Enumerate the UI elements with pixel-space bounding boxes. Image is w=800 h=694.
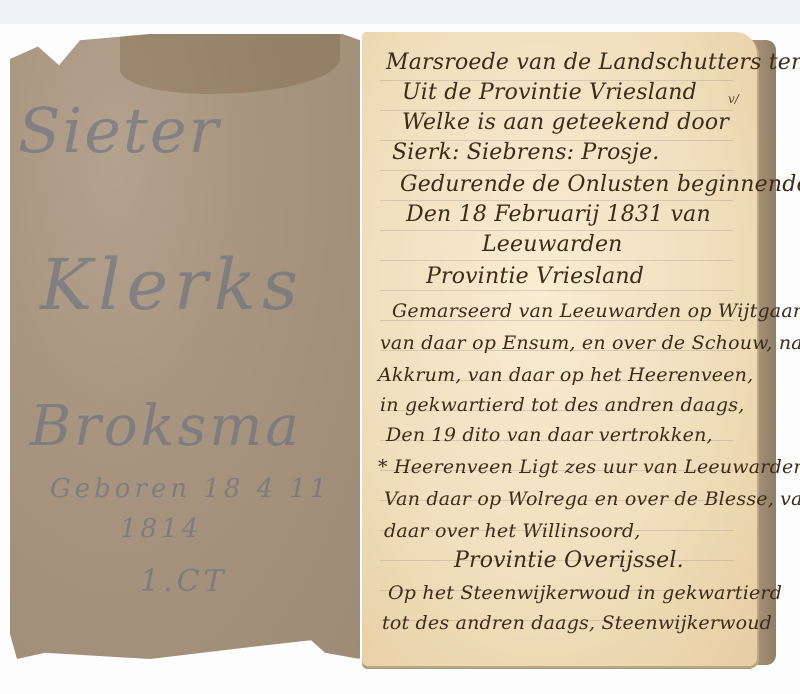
- manuscript-line: Provintie Vriesland: [426, 264, 644, 289]
- ruled-line: [380, 170, 733, 171]
- pencil-text-line: 1.CT: [140, 564, 228, 599]
- scan-top-band: [0, 0, 800, 24]
- manuscript-line: Uit de Provintie Vriesland: [402, 80, 697, 105]
- manuscript-line: daar over het Willinsoord,: [384, 520, 641, 542]
- manuscript-line: Den 18 Februarij 1831 van: [406, 202, 711, 227]
- manuscript-line: Provintie Overijssel.: [454, 548, 684, 573]
- manuscript-line: Den 19 dito van daar vertrokken,: [386, 424, 713, 446]
- pencil-text-line: Sieter: [18, 94, 220, 167]
- manuscript-line: Gedurende de Onlusten beginnende: [400, 172, 800, 197]
- manuscript-line: tot des andren daags, Steenwijkerwoud: [382, 612, 772, 634]
- left-page: Sieter Klerks Broksma Geboren 18 4 11 18…: [10, 34, 360, 659]
- water-stain: [120, 34, 340, 94]
- manuscript-line: Leeuwarden: [482, 232, 623, 257]
- ruled-line: [380, 230, 733, 231]
- ruled-line: [380, 200, 733, 201]
- manuscript-line: Marsroede van de Landschutters ten: [386, 50, 800, 75]
- manuscript-line: Van daar op Wolrega en over de Blesse, v…: [384, 488, 800, 510]
- manuscript-line: Op het Steenwijkerwoud in gekwartierd: [388, 582, 782, 604]
- manuscript-line: * Heerenveen Ligt zes uur van Leeuwarden: [378, 456, 800, 478]
- margin-mark: v/: [728, 92, 739, 106]
- manuscript-line: Akkrum, van daar op het Heerenveen,: [378, 364, 753, 386]
- pencil-text-line: Klerks: [40, 244, 304, 326]
- pencil-text-line: 1814: [120, 514, 202, 544]
- manuscript-line: Welke is aan geteekend door: [402, 110, 729, 135]
- right-page: Marsroede van de Landschutters ten Uit d…: [362, 32, 757, 666]
- ruled-line: [380, 260, 733, 261]
- manuscript-line: in gekwartierd tot des andren daags,: [380, 394, 744, 416]
- ruled-line: [380, 290, 733, 291]
- pencil-text-line: Geboren 18 4 11: [50, 474, 331, 504]
- manuscript-line: Sierk: Siebrens: Prosje.: [392, 140, 659, 165]
- pencil-text-line: Broksma: [30, 394, 302, 459]
- manuscript-line: Gemarseerd van Leeuwarden op Wijtgaard: [392, 300, 800, 322]
- manuscript-line: van daar op Ensum, en over de Schouw, na…: [380, 332, 800, 354]
